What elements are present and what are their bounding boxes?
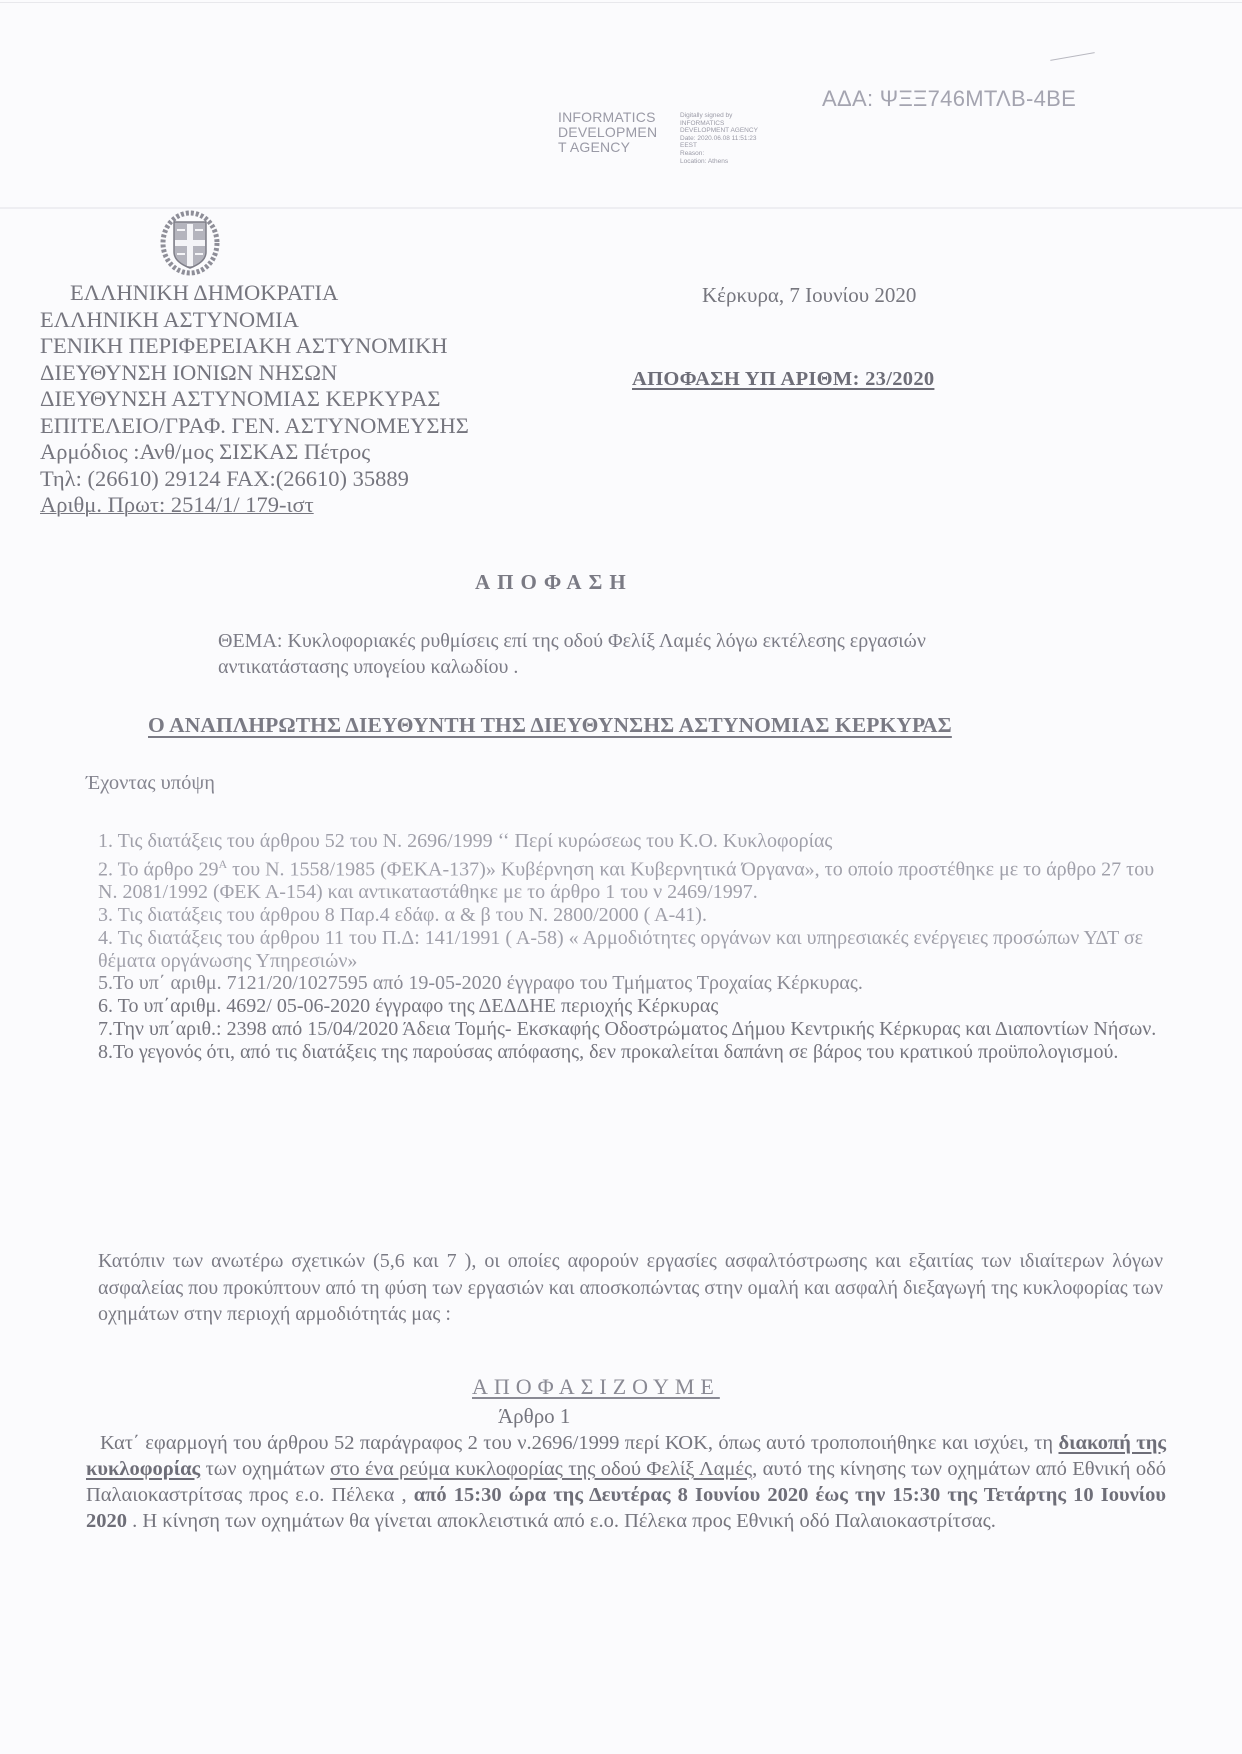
letterhead-line: ΕΠΙΤΕΛΕΙΟ/ΓΡΑΦ. ΓΕΝ. ΑΣΤΥΝΟΜΕΥΣΗΣ [40, 413, 469, 440]
having-regard-heading: Έχοντας υπόψη [86, 772, 215, 795]
letterhead-line: Αρμόδιος :Ανθ/μος ΣΙΣΚΑΣ Πέτρος [40, 439, 469, 466]
letterhead-line: ΔΙΕΥΘΥΝΣΗ ΑΣΤΥΝΟΜΙΑΣ ΚΕΡΚΥΡΑΣ [40, 386, 469, 413]
letterhead-line: Τηλ: (26610) 29124 FAX:(26610) 35889 [40, 466, 469, 493]
affected-lane: στο ένα ρεύμα κυκλοφορίας της οδού Φελίξ… [330, 1458, 752, 1480]
intro-paragraph: Κατόπιν των ανωτέρω σχετικών (5,6 και 7 … [98, 1248, 1163, 1328]
protocol-number: Αριθμ. Πρωτ: 2514/1/ 179-ιστ [40, 492, 469, 519]
decide-heading: ΑΠΟΦΑΣΙΖΟΥΜΕ [472, 1374, 720, 1400]
consideration-item: 8.Το γεγονός ότι, από τις διατάξεις της … [98, 1041, 1163, 1064]
consideration-item: 5.Το υπ΄ αριθμ. 7121/20/1027595 από 19-0… [98, 972, 1163, 995]
article-1-body: Κατ΄ εφαρμογή του άρθρου 52 παράγραφος 2… [86, 1430, 1166, 1534]
consideration-item: 1. Τις διατάξεις του άρθρου 52 του Ν. 26… [98, 830, 1163, 853]
ada-code: ΑΔΑ: ΨΞΞ746ΜΤΛΒ-4ΒΕ [822, 86, 1076, 112]
decision-number: ΑΠΟΦΑΣΗ ΥΠ ΑΡΙΘΜ: 23/2020 [632, 368, 934, 391]
subject-line: ΘΕΜΑ: Κυκλοφοριακές ρυθμίσεις επί της οδ… [218, 628, 1138, 654]
greek-coat-of-arms-icon [150, 208, 230, 278]
letterhead-line: ΕΛΛΗΝΙΚΗ ΑΣΤΥΝΟΜΙΑ [40, 307, 469, 334]
letterhead-line: ΕΛΛΗΝΙΚΗ ΔΗΜΟΚΡΑΤΙΑ [40, 280, 469, 307]
issuing-authority: Ο ΑΝΑΠΛΗΡΩΤΗΣ ΔΙΕΥΘΥΝΤΗ ΤΗΣ ΔΙΕΥΘΥΝΣΗΣ Α… [148, 713, 952, 738]
consideration-item: 3. Τις διατάξεις του άρθρου 8 Παρ.4 εδάφ… [98, 904, 1163, 927]
consideration-item: 4. Τις διατάξεις του άρθρου 11 του Π.Δ: … [98, 927, 1163, 973]
digital-signature-signer: INFORMATICS DEVELOPMEN T AGENCY [558, 110, 657, 155]
place-date: Κέρκυρα, 7 Ιουνίου 2020 [702, 283, 916, 308]
letterhead-line: ΔΙΕΥΘΥΝΣΗ ΙΟΝΙΩΝ ΝΗΣΩΝ [40, 360, 469, 387]
subject: ΘΕΜΑ: Κυκλοφοριακές ρυθμίσεις επί της οδ… [218, 628, 1138, 680]
letterhead-line: ΓΕΝΙΚΗ ΠΕΡΙΦΕΡΕΙΑΚΗ ΑΣΤΥΝΟΜΙΚΗ [40, 333, 469, 360]
subject-line: αντικατάστασης υπογείου καλωδίου . [218, 654, 1138, 680]
considerations-list: 1. Τις διατάξεις του άρθρου 52 του Ν. 26… [98, 830, 1163, 1064]
article-heading: Άρθρο 1 [498, 1404, 570, 1429]
digital-signature-details: Digitally signed by INFORMATICS DEVELOPM… [680, 112, 758, 165]
pen-mark [1050, 52, 1094, 61]
letterhead: ΕΛΛΗΝΙΚΗ ΔΗΜΟΚΡΑΤΙΑ ΕΛΛΗΝΙΚΗ ΑΣΤΥΝΟΜΙΑ Γ… [40, 280, 469, 519]
scan-edge-line [0, 2, 1242, 3]
document-title: ΑΠΟΦΑΣΗ [475, 570, 633, 595]
consideration-item: 2. Το άρθρο 29Α του Ν. 1558/1985 (ΦΕΚΑ-1… [98, 853, 1163, 904]
consideration-item: 7.Την υπ΄αριθ.: 2398 από 15/04/2020 Άδει… [98, 1018, 1163, 1041]
consideration-item: 6. Το υπ΄αριθμ. 4692/ 05-06-2020 έγγραφο… [98, 995, 1163, 1018]
